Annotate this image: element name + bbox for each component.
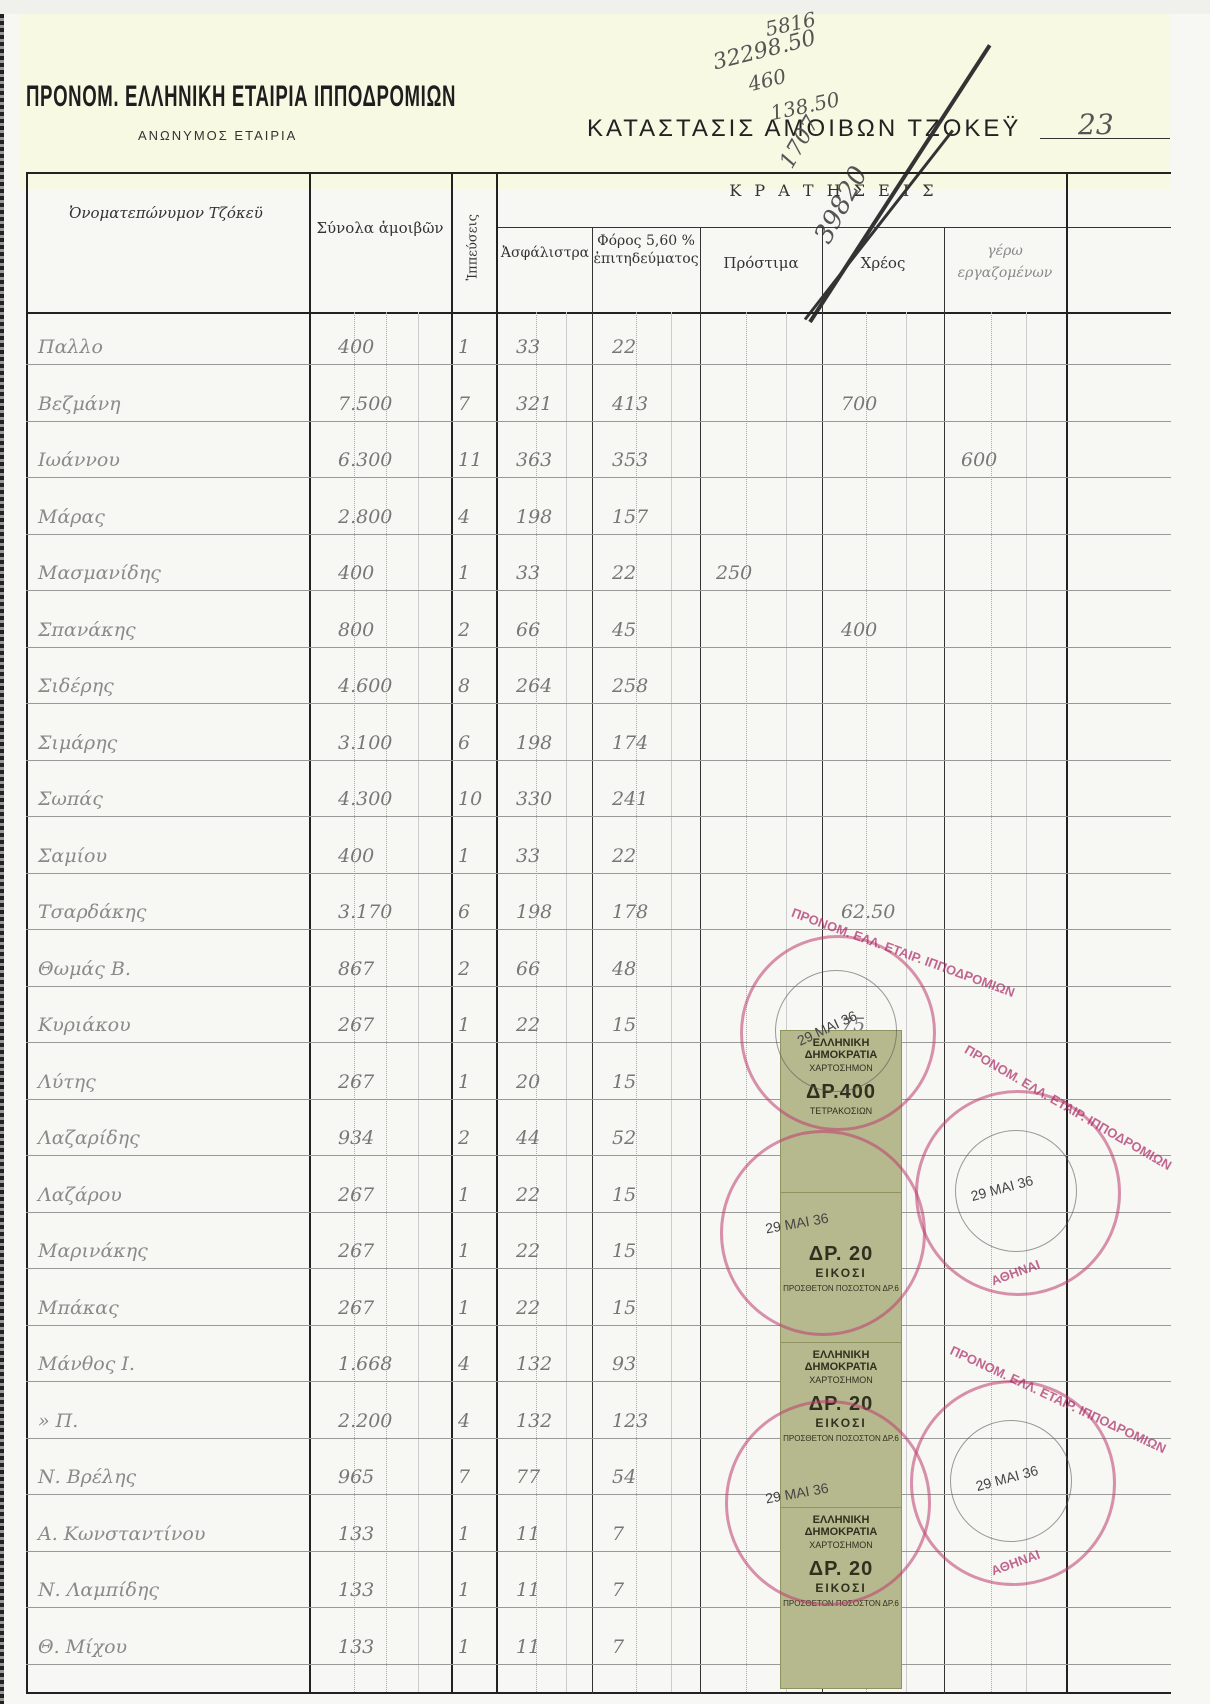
cell-insurance: 264 [516, 675, 552, 697]
header-extra: γέρω εργαζομένων [944, 240, 1066, 284]
cell-insurance: 33 [516, 845, 540, 867]
cell-tax: 174 [612, 732, 648, 754]
cell-rides: 1 [458, 1014, 470, 1036]
cell-rides: 1 [458, 1579, 470, 1601]
cell-tax: 54 [612, 1466, 636, 1488]
row-rule [26, 703, 1171, 704]
col-border-0 [26, 172, 28, 1694]
row-rule [26, 816, 1171, 817]
postmark-5 [725, 1400, 931, 1606]
cell-total: 267 [338, 1071, 374, 1093]
row-rule [26, 1325, 1171, 1326]
header-deductions: Κ Ρ Α Τ Η Σ Ε Ι Σ [496, 180, 1171, 202]
cell-tax: 22 [612, 845, 636, 867]
cell-insurance: 44 [516, 1127, 540, 1149]
row-rule [26, 477, 1171, 478]
cell-insurance: 33 [516, 336, 540, 358]
cell-total: 133 [338, 1579, 374, 1601]
cell-tax: 413 [612, 393, 648, 415]
cell-rides: 4 [458, 1410, 470, 1432]
cell-rides: 4 [458, 506, 470, 528]
header-rides: Ἱππεύσεις [463, 226, 485, 281]
cell-total: 267 [338, 1297, 374, 1319]
cell-total: 400 [338, 845, 374, 867]
row-rule [26, 760, 1171, 761]
cell-total: 267 [338, 1184, 374, 1206]
cell-total: 4.300 [338, 788, 392, 810]
cell-total: 267 [338, 1014, 374, 1036]
cell-total: 800 [338, 619, 374, 641]
col-border-5 [700, 227, 701, 1694]
cell-tax: 7 [612, 1579, 624, 1601]
grid [671, 312, 672, 1692]
scan-top-strip [0, 0, 1210, 14]
cell-tax: 52 [612, 1127, 636, 1149]
cell-rides: 2 [458, 619, 470, 641]
cell-name: Τσαρδάκης [38, 901, 146, 923]
row-rule [26, 421, 1171, 422]
header-name-label: Ὀνοματεπώνυμον Τζόκεϋ [46, 202, 286, 224]
cell-name: Λύτης [38, 1071, 96, 1093]
cell-tax: 15 [612, 1184, 636, 1206]
cell-insurance: 22 [516, 1184, 540, 1206]
cell-debt: 400 [841, 619, 877, 641]
cell-name: Α. Κωνσταντίνου [38, 1523, 205, 1545]
cell-rides: 2 [458, 1127, 470, 1149]
stamp-type: ΧΑΡΤΟΣΗΜΟΝ [781, 1375, 901, 1385]
cell-total: 3.170 [338, 901, 392, 923]
cell-rides: 7 [458, 1466, 470, 1488]
cell-name: Σωπάς [38, 788, 103, 810]
table-top-border [26, 172, 1171, 174]
cell-insurance: 66 [516, 619, 540, 641]
cell-name: Μασμανίδης [38, 562, 161, 584]
cell-name: Λαζαρίδης [38, 1127, 140, 1149]
cell-tax: 178 [612, 901, 648, 923]
cell-insurance: 198 [516, 901, 552, 923]
cell-rides: 1 [458, 1523, 470, 1545]
cell-debt: 62.50 [841, 901, 895, 923]
header-bottom-border [26, 312, 1171, 314]
cell-total: 2.200 [338, 1410, 392, 1432]
cell-tax: 353 [612, 449, 648, 471]
cell-name: Ν. Βρέλης [38, 1466, 136, 1488]
cell-rides: 1 [458, 562, 470, 584]
cell-insurance: 22 [516, 1014, 540, 1036]
header-insurance: Ἀσφάλιστρα [500, 242, 590, 264]
table-bottom-border [26, 1692, 1171, 1694]
cell-total: 2.800 [338, 506, 392, 528]
cell-tax: 241 [612, 788, 648, 810]
cell-total: 267 [338, 1240, 374, 1262]
company-name: ΠΡΟΝΟΜ. ΕΛΛΗΝΙΚΗ ΕΤΑΙΡΙΑ ΙΠΠΟΔΡΟΜΙΩΝ [26, 80, 456, 114]
row-rule [26, 873, 1171, 874]
cell-rides: 8 [458, 675, 470, 697]
cell-name: Ν. Λαμπίδης [38, 1579, 159, 1601]
cell-name: Θ. Μίχου [38, 1636, 127, 1658]
header-fines: Πρόστιμα [700, 252, 822, 274]
cell-total: 867 [338, 958, 374, 980]
cell-rides: 1 [458, 1071, 470, 1093]
cell-tax: 15 [612, 1240, 636, 1262]
cell-tax: 45 [612, 619, 636, 641]
row-rule [26, 1664, 1171, 1665]
cell-name: Μπάκας [38, 1297, 119, 1319]
cell-name: Μαρινάκης [38, 1240, 148, 1262]
cell-total: 934 [338, 1127, 374, 1149]
cell-rides: 1 [458, 1240, 470, 1262]
cell-rides: 1 [458, 1184, 470, 1206]
col-border-3 [496, 172, 498, 1694]
scan-edge [0, 0, 4, 1704]
cell-tax: 7 [612, 1523, 624, 1545]
cell-name: Σιμάρης [38, 732, 117, 754]
cell-rides: 2 [458, 958, 470, 980]
cell-insurance: 363 [516, 449, 552, 471]
cell-insurance: 11 [516, 1579, 540, 1601]
cell-tax: 48 [612, 958, 636, 980]
cell-insurance: 132 [516, 1353, 552, 1375]
cell-rides: 10 [458, 788, 482, 810]
document-number: 23 [1078, 108, 1114, 141]
cell-tax: 22 [612, 336, 636, 358]
cell-total: 133 [338, 1636, 374, 1658]
cell-name: Βεζμάνη [38, 393, 121, 415]
cell-name: Σαμίου [38, 845, 107, 867]
header-total: Σύνολα ἀμοιβῶν [309, 217, 451, 239]
cell-tax: 7 [612, 1636, 624, 1658]
cell-total: 400 [338, 336, 374, 358]
cell-insurance: 11 [516, 1523, 540, 1545]
header-name: Ὀνοματεπώνυμον Τζόκεϋ [46, 202, 286, 224]
header-tax: Φόρος 5,60 % ἐπιτηδεύματος [592, 232, 700, 268]
cell-insurance: 11 [516, 1636, 540, 1658]
cell-name: Παλλο [38, 336, 103, 358]
group-header-divider [496, 227, 1171, 228]
cell-name: Σιδέρης [38, 675, 114, 697]
row-rule [26, 590, 1171, 591]
row-rule [26, 364, 1171, 365]
cell-tax: 15 [612, 1071, 636, 1093]
cell-total: 3.100 [338, 732, 392, 754]
grid [418, 312, 419, 1692]
cell-total: 133 [338, 1523, 374, 1545]
cell-insurance: 77 [516, 1466, 540, 1488]
cell-rides: 6 [458, 732, 470, 754]
company-subtitle: ΑΝΩΝΥΜΟΣ ΕΤΑΙΡΙΑ [138, 128, 297, 143]
cell-rides: 11 [458, 449, 482, 471]
col-border-1 [309, 172, 311, 1694]
cell-tax: 15 [612, 1297, 636, 1319]
cell-insurance: 321 [516, 393, 552, 415]
cell-insurance: 33 [516, 562, 540, 584]
cell-name: Μάρας [38, 506, 105, 528]
cell-total: 1.668 [338, 1353, 392, 1375]
cell-debt: 700 [841, 393, 877, 415]
cell-rides: 4 [458, 1353, 470, 1375]
cell-tax: 22 [612, 562, 636, 584]
col-border-2 [451, 172, 453, 1694]
cell-tax: 157 [612, 506, 648, 528]
cell-tax: 258 [612, 675, 648, 697]
cell-insurance: 66 [516, 958, 540, 980]
row-rule [26, 1607, 1171, 1608]
row-rule [26, 647, 1171, 648]
row-rule [26, 1042, 1171, 1043]
cell-name: Θωμάς Β. [38, 958, 131, 980]
cell-tax: 15 [612, 1014, 636, 1036]
cell-fines: 250 [716, 562, 752, 584]
cell-total: 4.600 [338, 675, 392, 697]
cell-rides: 1 [458, 1636, 470, 1658]
cell-name: » Π. [38, 1410, 78, 1432]
cell-tax: 93 [612, 1353, 636, 1375]
cell-insurance: 22 [516, 1297, 540, 1319]
stamp-country: ΕΛΛΗΝΙΚΗ ΔΗΜΟΚΡΑΤΙΑ [781, 1349, 901, 1373]
cell-rides: 7 [458, 393, 470, 415]
cell-rides: 1 [458, 845, 470, 867]
cell-rides: 1 [458, 1297, 470, 1319]
cell-insurance: 198 [516, 732, 552, 754]
cell-name: Σπανάκης [38, 619, 136, 641]
cell-extra: 600 [961, 449, 997, 471]
cell-insurance: 132 [516, 1410, 552, 1432]
row-rule [26, 929, 1171, 930]
cell-insurance: 198 [516, 506, 552, 528]
cell-rides: 1 [458, 336, 470, 358]
cell-total: 6.300 [338, 449, 392, 471]
grid [566, 312, 567, 1692]
cell-total: 400 [338, 562, 374, 584]
cell-name: Κυριάκου [38, 1014, 131, 1036]
cell-total: 7.500 [338, 393, 392, 415]
cell-name: Λαζάρου [38, 1184, 122, 1206]
cell-rides: 6 [458, 901, 470, 923]
cell-tax: 123 [612, 1410, 648, 1432]
cell-total: 965 [338, 1466, 374, 1488]
cell-insurance: 20 [516, 1071, 540, 1093]
cell-name: Μάνθος Ι. [38, 1353, 135, 1375]
row-rule [26, 534, 1171, 535]
col-border-4 [592, 227, 593, 1694]
cell-name: Ιωάννου [38, 449, 120, 471]
postmark-3 [720, 1130, 926, 1336]
cell-insurance: 330 [516, 788, 552, 810]
cell-insurance: 22 [516, 1240, 540, 1262]
header-debt: Χρέος [822, 252, 944, 274]
